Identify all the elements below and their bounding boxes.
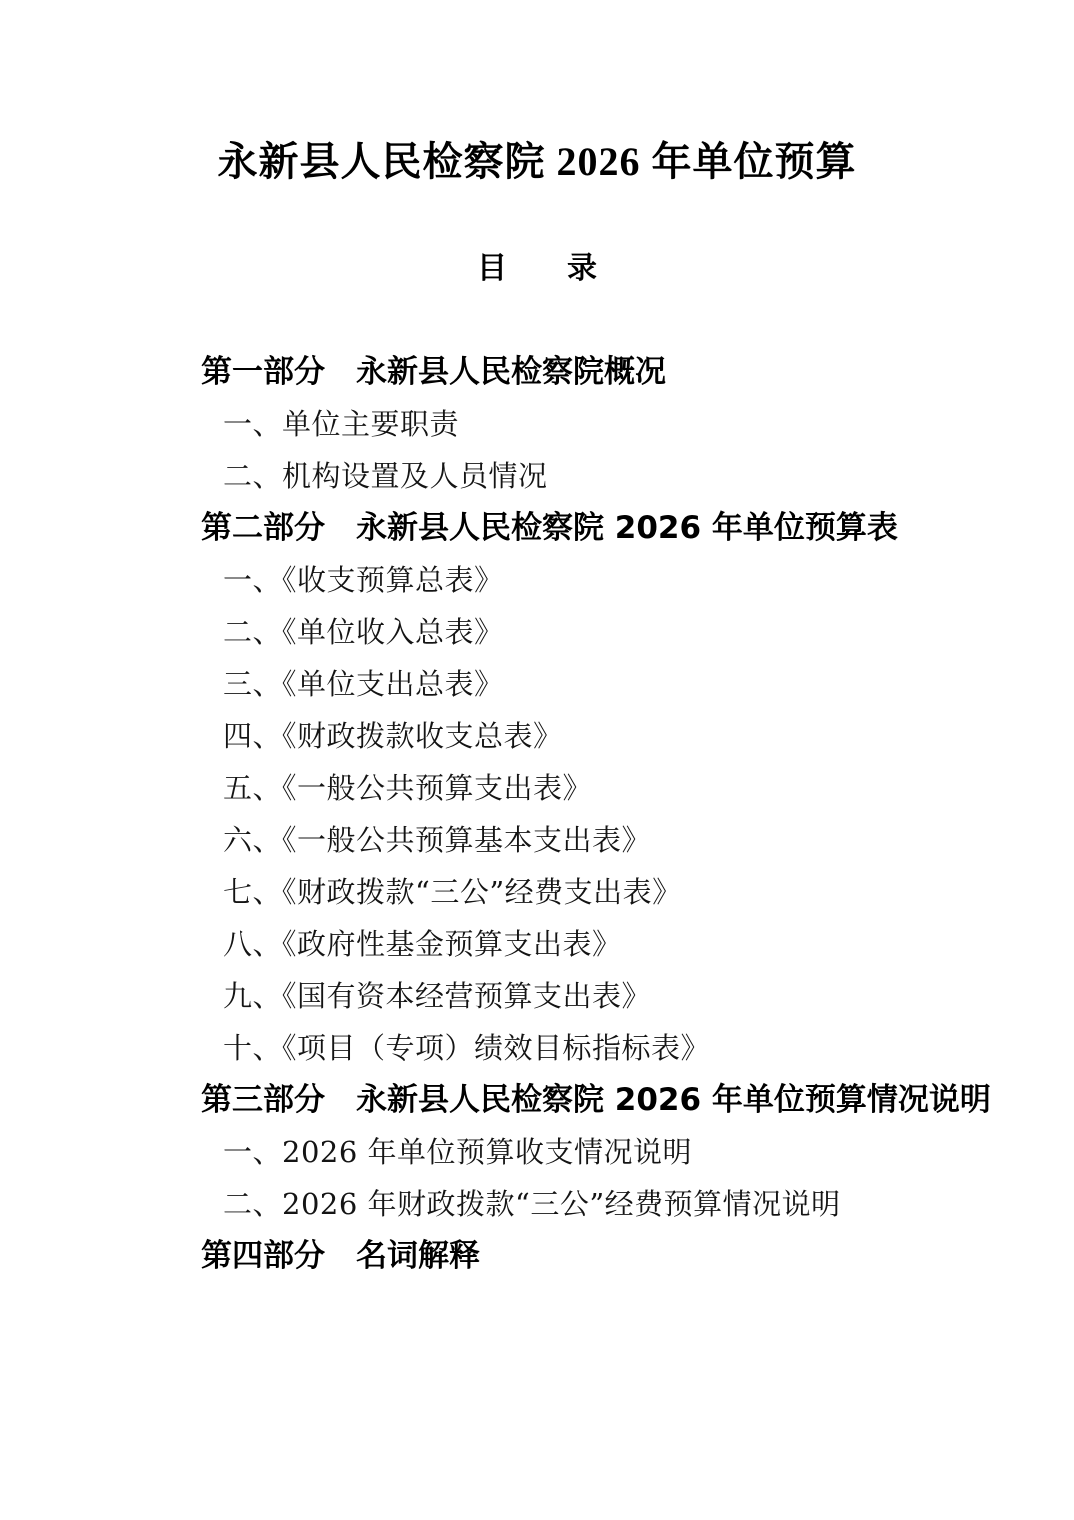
toc-section-1: 第一部分 永新县人民检察院概况: [201, 346, 1014, 398]
toc-section-3: 第三部分 永新县人民检察院 2026 年单位预算情况说明: [201, 1074, 1014, 1126]
toc-item-2-5: 五、《一般公共预算支出表》: [201, 762, 1014, 814]
toc-section-4: 第四部分 名词解释: [201, 1230, 1014, 1282]
toc-section-2: 第二部分 永新县人民检察院 2026 年单位预算表: [201, 502, 1014, 554]
toc-item-1-1: 一、单位主要职责: [201, 398, 1014, 450]
document-page: 永新县人民检察院 2026 年单位预算 目 录 第一部分 永新县人民检察院概况 …: [0, 0, 1074, 1520]
document-title: 永新县人民检察院 2026 年单位预算: [0, 137, 1074, 187]
toc-item-2-1: 一、《收支预算总表》: [201, 554, 1014, 606]
toc-item-2-6: 六、《一般公共预算基本支出表》: [201, 814, 1014, 866]
toc-item-2-9: 九、《国有资本经营预算支出表》: [201, 970, 1014, 1022]
toc-item-3-2: 二、2026 年财政拨款“三公”经费预算情况说明: [201, 1178, 1014, 1230]
table-of-contents: 第一部分 永新县人民检察院概况 一、单位主要职责 二、机构设置及人员情况 第二部…: [201, 346, 1014, 1282]
toc-item-1-2: 二、机构设置及人员情况: [201, 450, 1014, 502]
toc-item-2-7: 七、《财政拨款“三公”经费支出表》: [201, 866, 1014, 918]
toc-heading: 目 录: [0, 243, 1074, 295]
toc-item-2-2: 二、《单位收入总表》: [201, 606, 1014, 658]
toc-item-3-1: 一、2026 年单位预算收支情况说明: [201, 1126, 1014, 1178]
toc-item-2-4: 四、《财政拨款收支总表》: [201, 710, 1014, 762]
toc-item-2-3: 三、《单位支出总表》: [201, 658, 1014, 710]
toc-item-2-8: 八、《政府性基金预算支出表》: [201, 918, 1014, 970]
toc-item-2-10: 十、《项目（专项）绩效目标指标表》: [201, 1022, 1014, 1074]
